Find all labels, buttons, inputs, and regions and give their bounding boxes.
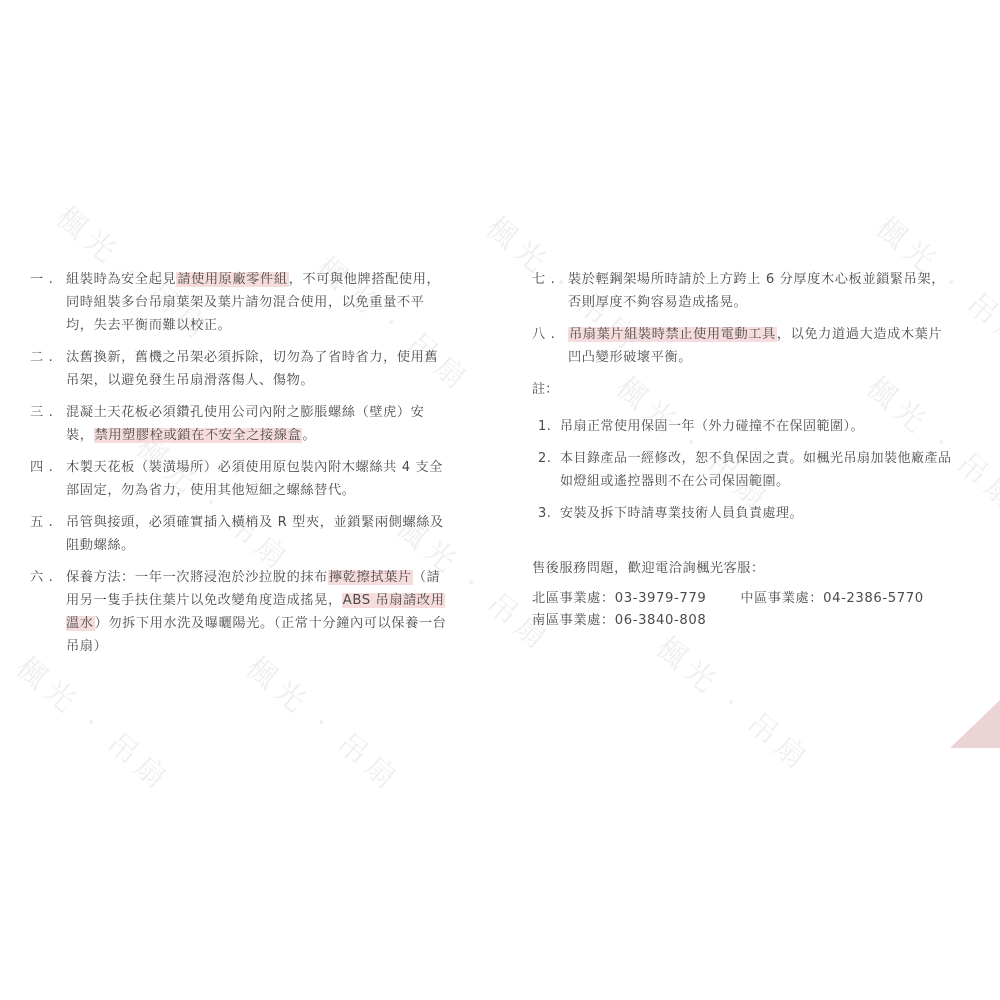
instruction-item-2: 二 . 汰舊換新，舊機之吊架必須拆除，切勿為了省時省力，使用舊吊架，以避免發生吊… [30,346,450,392]
note-number: 1. [538,415,560,438]
item-number: 七 . [532,268,568,314]
note-number: 3. [538,502,560,525]
item-number: 二 . [30,346,66,392]
item-number: 四 . [30,456,66,502]
note-text: 吊扇正常使用保固一年（外力碰撞不在保固範圍）。 [560,415,952,438]
item-number: 五 . [30,511,66,557]
contact-row: 南區事業處：06-3840-808 [532,610,952,632]
instruction-item-3: 三 . 混凝土天花板必須鑽孔使用公司內附之膨脹螺絲（壁虎）安裝，禁用塑膠栓或鎖在… [30,401,450,447]
highlighted-warning: 請使用原廠零件組 [176,272,288,287]
instructions-right-column: 七 . 裝於輕鋼架場所時請於上方跨上 6 分厚度木心板並鎖緊吊架，否則厚度不夠容… [532,268,952,632]
highlighted-warning: 禁用塑膠栓或鎖在不安全之接線盒 [94,428,303,443]
contact-central: 中區事業處：04-2386-5770 [740,591,923,606]
item-text: 。 [302,428,316,443]
highlighted-warning: 吊扇葉片組裝時禁止使用電動工具 [568,327,777,342]
instruction-item-6: 六 . 保養方法：一年一次將浸泡於沙拉脫的抹布擰乾擦拭葉片（請用另一隻手扶住葉片… [30,566,450,658]
note-text: 本目錄產品一經修改，恕不負保固之責。如楓光吊扇加裝他廠產品如燈組或遙控器則不在公… [560,447,952,493]
watermark: 楓光 · 吊扇 [8,644,182,800]
item-text: 汰舊換新，舊機之吊架必須拆除，切勿為了省時省力，使用舊吊架，以避免發生吊扇滑落傷… [66,346,450,392]
instruction-item-5: 五 . 吊管與接頭，必須確實插入橫梢及 R 型夾，並鎖緊兩側螺絲及阻動螺絲。 [30,511,450,557]
item-text: 木製天花板（裝潢場所）必須使用原包裝內附木螺絲共 4 支全部固定，勿為省力，使用… [66,456,450,502]
item-number: 一 . [30,268,66,337]
item-text: ）勿拆下用水洗及曝曬陽光。（正常十分鐘內可以保養一台吊扇） [66,616,446,654]
contact-row: 北區事業處：03-3979-779中區事業處：04-2386-5770 [532,588,952,610]
contact-north: 北區事業處：03-3979-779 [532,591,706,606]
instruction-item-4: 四 . 木製天花板（裝潢場所）必須使用原包裝內附木螺絲共 4 支全部固定，勿為省… [30,456,450,502]
service-heading: 售後服務問題，歡迎電洽詢楓光客服： [532,557,952,576]
watermark: 楓光 · 吊扇 [238,644,412,800]
notes-heading: 註： [532,378,952,397]
item-text: 裝於輕鋼架場所時請於上方跨上 6 分厚度木心板並鎖緊吊架，否則厚度不夠容易造成搖… [568,268,952,314]
watermark: 楓光 · 吊扇 [648,624,822,780]
note-number: 2. [538,447,560,493]
note-item-1: 1. 吊扇正常使用保固一年（外力碰撞不在保固範圍）。 [532,415,952,438]
item-number: 三 . [30,401,66,447]
corner-accent-shape [950,700,1000,748]
highlighted-warning: 擰乾擦拭葉片 [328,570,413,585]
instructions-left-column: 一 . 組裝時為安全起見請使用原廠零件組，不可與他牌搭配使用，同時組裝多台吊扇葉… [30,268,450,667]
instruction-item-1: 一 . 組裝時為安全起見請使用原廠零件組，不可與他牌搭配使用，同時組裝多台吊扇葉… [30,268,450,337]
item-text: 組裝時為安全起見 [66,272,176,287]
instruction-item-7: 七 . 裝於輕鋼架場所時請於上方跨上 6 分厚度木心板並鎖緊吊架，否則厚度不夠容… [532,268,952,314]
item-number: 六 . [30,566,66,658]
item-number: 八 . [532,323,568,369]
note-text: 安裝及拆下時請專業技術人員負責處理。 [560,502,952,525]
contact-south: 南區事業處：06-3840-808 [532,613,706,628]
note-item-2: 2. 本目錄產品一經修改，恕不負保固之責。如楓光吊扇加裝他廠產品如燈組或遙控器則… [532,447,952,493]
note-item-3: 3. 安裝及拆下時請專業技術人員負責處理。 [532,502,952,525]
item-text: 吊管與接頭，必須確實插入橫梢及 R 型夾，並鎖緊兩側螺絲及阻動螺絲。 [66,511,450,557]
item-text: 保養方法：一年一次將浸泡於沙拉脫的抹布 [66,570,328,585]
instruction-item-8: 八 . 吊扇葉片組裝時禁止使用電動工具，以免力道過大造成木葉片凹凸變形破壞平衡。 [532,323,952,369]
